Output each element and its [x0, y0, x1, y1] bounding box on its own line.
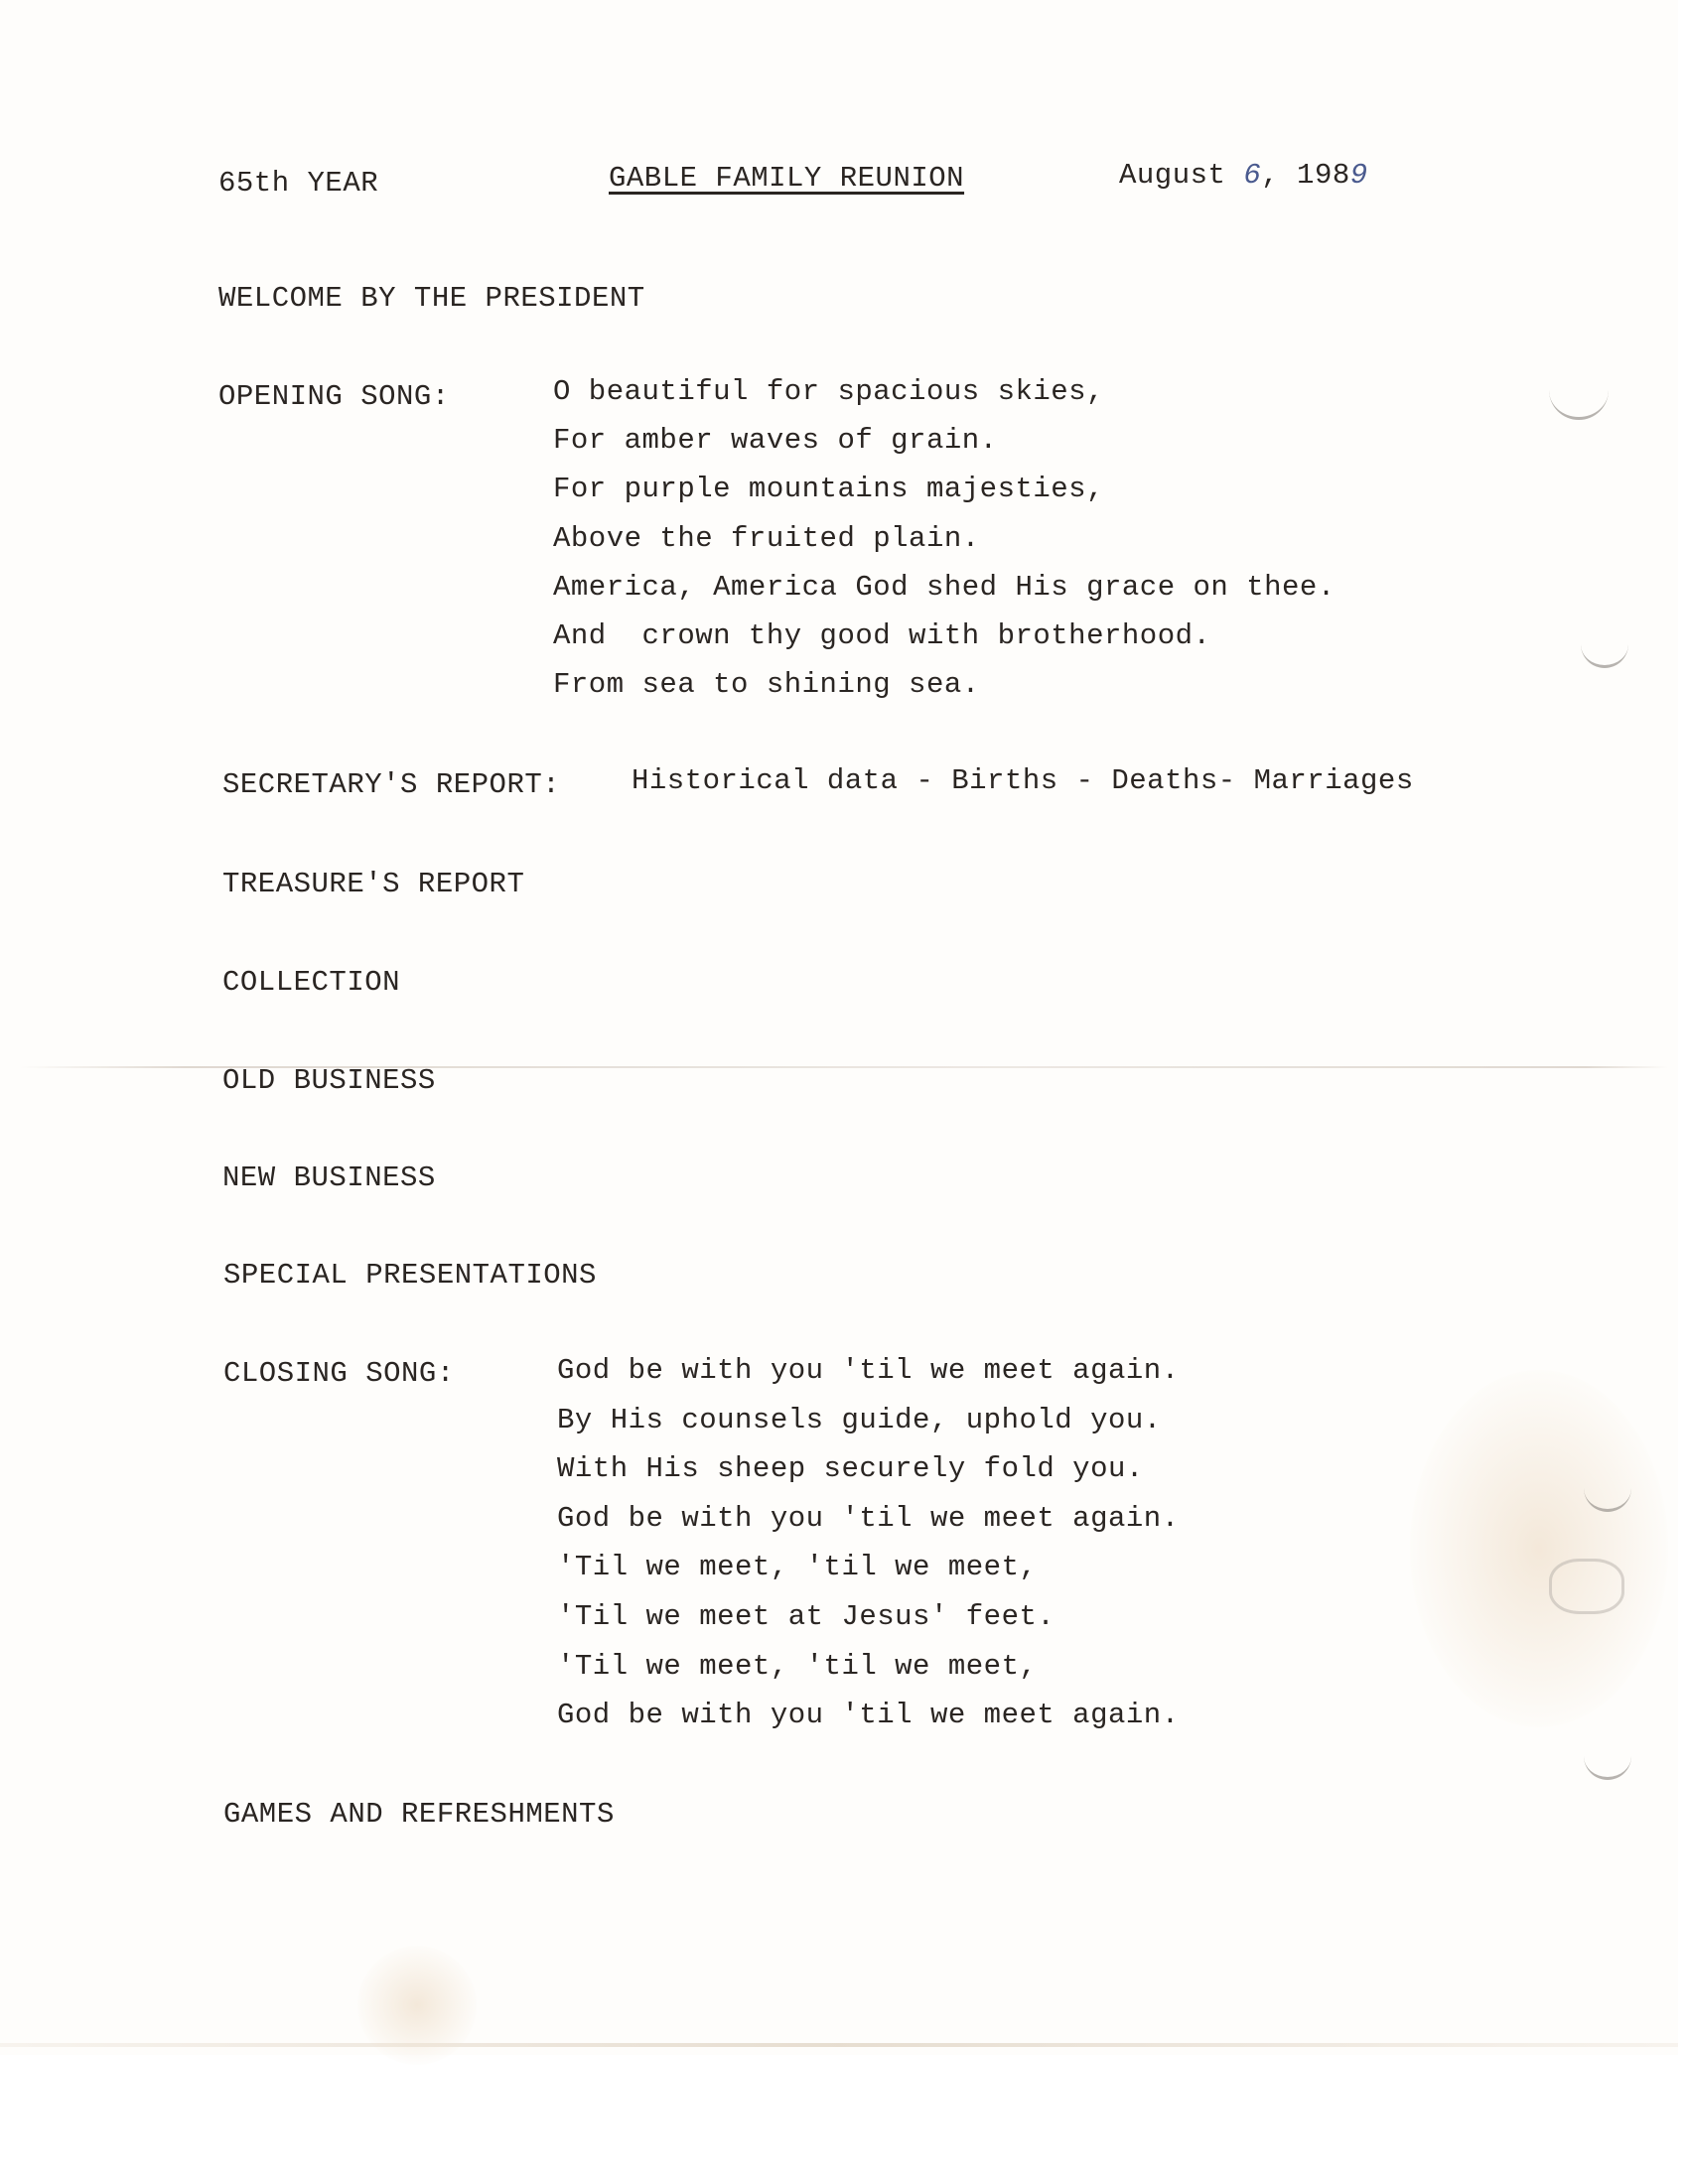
agenda-welcome: WELCOME BY THE PRESIDENT [218, 284, 645, 313]
closing-song-line: 'Til we meet, 'til we meet, [557, 1553, 1037, 1581]
closing-song-line: God be with you 'til we meet again. [557, 1504, 1180, 1533]
opening-song-line: From sea to shining sea. [553, 670, 980, 699]
opening-song-label: OPENING SONG: [218, 382, 450, 411]
punch-hole-mark-4 [1584, 1737, 1631, 1780]
stain-bottom [357, 1946, 477, 2065]
secretary-report-detail: Historical data - Births - Deaths- Marri… [632, 766, 1414, 795]
stain-right [1410, 1370, 1668, 1727]
opening-song-line: O beautiful for spacious skies, [553, 377, 1104, 406]
date-year-digit-handwritten: 9 [1350, 159, 1368, 192]
date-day-handwritten: 6 [1243, 159, 1261, 192]
closing-song-line: With His sheep securely fold you. [557, 1454, 1144, 1483]
opening-song-line: For purple mountains majesties, [553, 475, 1104, 503]
closing-song-label: CLOSING SONG: [223, 1359, 455, 1388]
closing-song-line: God be with you 'til we meet again. [557, 1701, 1180, 1729]
agenda-special-presentations: SPECIAL PRESENTATIONS [223, 1261, 597, 1290]
paper-bottom-edge [0, 2043, 1678, 2047]
closing-song-line: By His counsels guide, uphold you. [557, 1406, 1162, 1434]
secretary-report-label: SECRETARY'S REPORT: [222, 770, 560, 799]
closing-song-line: 'Til we meet at Jesus' feet. [557, 1602, 1055, 1631]
punch-hole-mark-2 [1581, 635, 1628, 668]
agenda-games-refreshments: GAMES AND REFRESHMENTS [223, 1800, 615, 1829]
year-label: 65th YEAR [218, 169, 378, 198]
agenda-old-business: OLD BUSINESS [222, 1066, 436, 1095]
opening-song-line: For amber waves of grain. [553, 426, 998, 455]
scanned-page: 65th YEAR GABLE FAMILY REUNION August 6,… [0, 0, 1678, 2055]
agenda-new-business: NEW BUSINESS [222, 1163, 436, 1192]
opening-song-line: And crown thy good with brotherhood. [553, 621, 1210, 650]
punch-hole-mark-1 [1549, 377, 1609, 420]
agenda-treasurer-report: TREASURE'S REPORT [222, 870, 524, 898]
punch-hole-torn [1549, 1559, 1624, 1614]
date-year-typed: , 198 [1261, 159, 1350, 192]
opening-song-line: America, America God shed His grace on t… [553, 573, 1336, 602]
page-title: GABLE FAMILY REUNION [609, 164, 964, 193]
date-month: August [1119, 159, 1243, 192]
agenda-collection: COLLECTION [222, 968, 400, 997]
closing-song-line: God be with you 'til we meet again. [557, 1356, 1180, 1385]
closing-song-line: 'Til we meet, 'til we meet, [557, 1652, 1037, 1681]
event-date: August 6, 1989 [1119, 161, 1368, 190]
opening-song-line: Above the fruited plain. [553, 524, 980, 553]
